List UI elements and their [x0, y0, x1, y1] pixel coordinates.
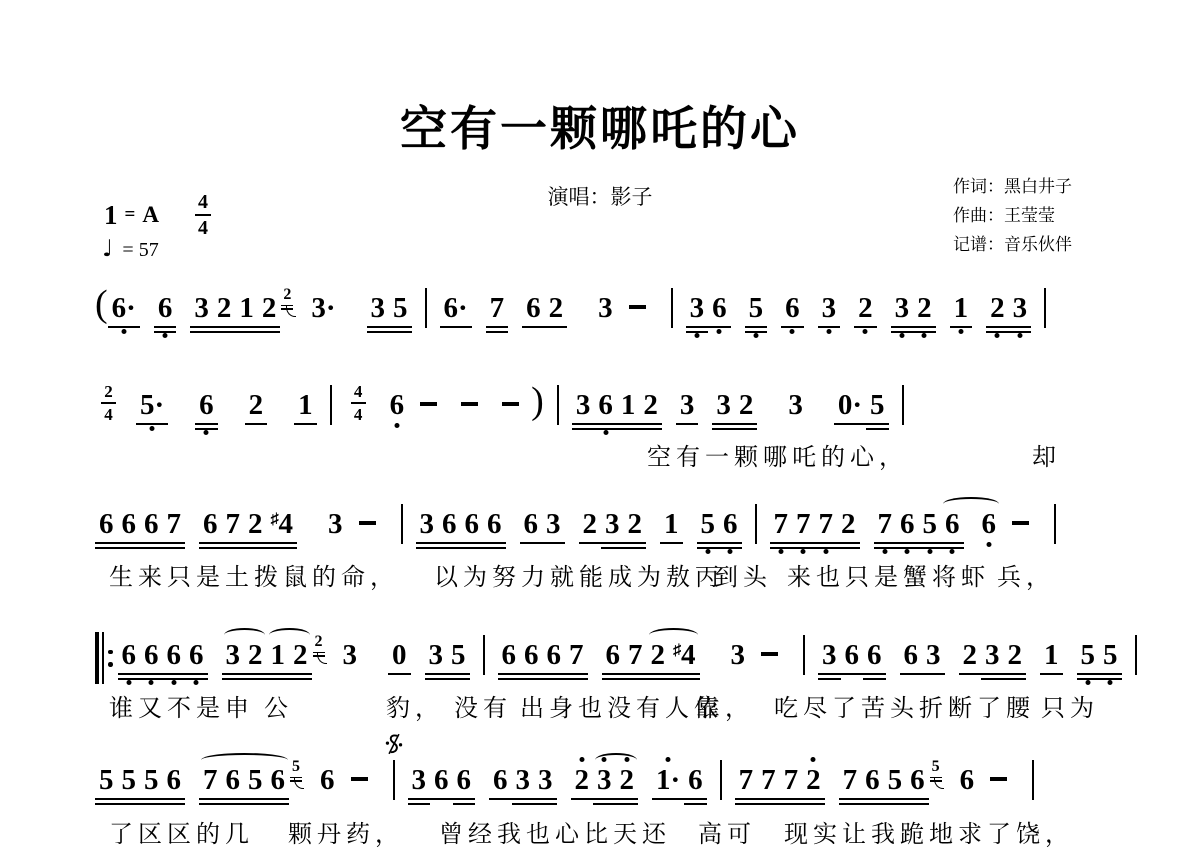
underline [163, 803, 186, 805]
underline [802, 798, 825, 800]
note-digit: 7 [796, 508, 811, 540]
underline [534, 803, 557, 805]
grace-digit: 5 [932, 758, 940, 775]
underline [108, 326, 140, 328]
note-digit: 1 [954, 292, 969, 324]
note-digit: 6 [547, 639, 562, 671]
note: 1 [617, 391, 640, 420]
underline [669, 678, 700, 680]
octave-dot [1085, 680, 1090, 685]
underline [244, 547, 267, 549]
timesig-lower: 4 [104, 406, 113, 423]
underline [389, 331, 412, 333]
lyric-segment: 公 [264, 688, 293, 723]
note: 5 [884, 766, 907, 795]
octave-dot [995, 333, 1000, 338]
underline [792, 542, 815, 544]
note: 5 [697, 510, 720, 539]
note-digit: 6 [502, 639, 517, 671]
underline [545, 326, 568, 328]
underline [267, 798, 290, 800]
phrase-paren: ) [531, 382, 544, 420]
note: 2 [639, 391, 662, 420]
underline [891, 326, 914, 328]
grace-note: 2 [281, 287, 293, 303]
underline [745, 326, 768, 328]
underline [244, 798, 267, 800]
underline [512, 798, 535, 800]
octave-dot [579, 757, 584, 762]
note: 7 [874, 510, 897, 539]
note-digit: 7 [226, 508, 241, 540]
underline [837, 547, 860, 549]
underline [163, 547, 186, 549]
octave-dot [121, 329, 126, 334]
note: 6 [602, 641, 625, 670]
note: 3 [222, 641, 245, 670]
underline [543, 673, 566, 675]
lyric-segment: 现实让我跪地求了饶， [784, 814, 1074, 849]
note-digit: 2 [628, 508, 643, 540]
lyric-segment: 谁又不是申 [109, 688, 254, 723]
barline [671, 288, 673, 328]
underline [453, 803, 476, 805]
underline [140, 542, 163, 544]
barline [1032, 760, 1034, 800]
octave-dot [728, 549, 733, 554]
underline [602, 678, 625, 680]
note: 3 [572, 391, 595, 420]
note-digit: 5 [870, 389, 885, 421]
slur-arc [595, 753, 637, 767]
underline [770, 542, 793, 544]
note: 6 [430, 766, 453, 795]
octave-dot [823, 549, 828, 554]
note-digit: 1 [621, 389, 636, 421]
time-signature: 24 [101, 383, 116, 423]
underline [669, 673, 700, 675]
underline [922, 673, 945, 675]
underline [222, 798, 245, 800]
note-digit: 6 [945, 508, 960, 540]
underline [95, 542, 118, 544]
note-digit: 6 [158, 292, 173, 324]
note: 5 [95, 766, 118, 795]
octave-dot [778, 549, 783, 554]
slur-arc [224, 628, 265, 642]
note-digit: 3 [576, 389, 591, 421]
underline [95, 547, 118, 549]
underline [199, 798, 222, 800]
note: 6 [118, 510, 141, 539]
note-digit: 5 [122, 764, 137, 796]
note: 7 [780, 766, 803, 795]
barline [902, 385, 904, 425]
note-digit: 2 [583, 508, 598, 540]
note: 3 [594, 294, 617, 323]
underline [712, 428, 735, 430]
underline [818, 326, 841, 328]
note: 7 [199, 766, 222, 795]
note-digit: 5 [1103, 639, 1118, 671]
note-digit: 7 [843, 764, 858, 796]
underline [522, 326, 545, 328]
lyric-segment: 兵， [997, 557, 1055, 592]
note-digit: 6 [444, 292, 459, 324]
note: 5 [1099, 641, 1122, 670]
underline [624, 678, 647, 680]
lyric-line: 空有一颗哪吒的心，却 [95, 437, 1175, 469]
note: 2 [245, 391, 268, 420]
underline [195, 423, 218, 425]
music-line: (6·6321223·356·762336563232123 [95, 285, 1059, 331]
underline [884, 798, 907, 800]
underline [258, 326, 281, 328]
barline [425, 288, 427, 328]
underline [572, 428, 595, 430]
underline [222, 803, 245, 805]
octave-dot [603, 430, 608, 435]
note-digit: 2 [917, 292, 932, 324]
note-digit: 2 [217, 292, 232, 324]
note: 6 [163, 766, 186, 795]
note-digit: 3 [788, 389, 803, 421]
underline [1099, 673, 1122, 675]
note: 6 [489, 766, 512, 795]
note-digit: 3 [311, 292, 326, 324]
note: 3 [367, 294, 390, 323]
duration-dash [629, 305, 646, 309]
note: 2 [289, 641, 312, 670]
underline [461, 547, 484, 549]
augmentation-dot: · [852, 389, 862, 421]
note-digit: 3 [597, 764, 612, 796]
underline [834, 423, 866, 425]
music-line: 6667672♯43366663232156777276566 [95, 501, 1069, 547]
note-digit: 1 [656, 764, 671, 796]
note: 7 [735, 766, 758, 795]
timesig-bar [101, 402, 116, 404]
underline [719, 542, 742, 544]
augmentation-dot: · [155, 389, 165, 421]
lyric-line: 了区区的几颗丹药，曾经我也心比天还高可现实让我跪地求了饶， [95, 814, 1175, 846]
note-digit: 3 [371, 292, 386, 324]
note-digit: 7 [774, 508, 789, 540]
note-digit: 0 [392, 639, 407, 671]
note: 6 [267, 766, 290, 795]
underline [884, 803, 907, 805]
lyric-segment: 生来只是土拨鼠的命， [109, 557, 399, 592]
underline [190, 331, 213, 333]
note-digit: 6 [865, 764, 880, 796]
note: 3 [818, 641, 841, 670]
underline [163, 673, 186, 675]
underline [593, 803, 616, 805]
note-digit: 6 [122, 508, 137, 540]
underline [593, 798, 616, 800]
grace-note: 2 [313, 634, 325, 650]
note-digit: 2 [806, 764, 821, 796]
rest-note: 0· [834, 391, 866, 420]
underline [136, 423, 168, 425]
note: 6 [896, 510, 919, 539]
note: 6 [520, 510, 543, 539]
time-signature: 44 [351, 383, 366, 423]
octave-dot [717, 329, 722, 334]
note: 3 [686, 294, 709, 323]
underline [543, 678, 566, 680]
octave-dot [922, 333, 927, 338]
note-digit: 5 [140, 389, 155, 421]
note: 7 [624, 641, 647, 670]
note: 3 [1009, 294, 1032, 323]
note-digit: 3 [731, 639, 746, 671]
note-digit: 6 [226, 764, 241, 796]
barline [720, 760, 722, 800]
note: 3 [190, 294, 213, 323]
note-digit: 6 [524, 508, 539, 540]
underline [601, 542, 624, 544]
octave-dot [811, 757, 816, 762]
note: 3 [408, 766, 431, 795]
note: 2 [244, 510, 267, 539]
note-digit: 2 [651, 639, 666, 671]
underline [520, 673, 543, 675]
octave-dot [927, 549, 932, 554]
note: 3 [593, 766, 616, 795]
underline [676, 423, 699, 425]
note-digit: 6 [910, 764, 925, 796]
octave-dot [194, 680, 199, 685]
note-digit: 5 [1081, 639, 1096, 671]
underline [118, 673, 141, 675]
underline [815, 542, 838, 544]
underline [602, 673, 625, 675]
note-digit: 2 [643, 389, 658, 421]
underline [294, 423, 317, 425]
note: 7 [770, 510, 793, 539]
underline [617, 428, 640, 430]
lyric-segment: 吃尽了苦头折断了腰 [774, 688, 1035, 723]
underline [906, 798, 929, 800]
note: 6 [498, 641, 521, 670]
note: 3 [784, 391, 807, 420]
underline [447, 673, 470, 675]
note: 3 [512, 766, 535, 795]
note-digit: 3 [690, 292, 705, 324]
duration-dash [420, 402, 437, 406]
augmentation-dot: · [671, 764, 681, 796]
barline [393, 760, 395, 800]
underline [565, 678, 588, 680]
underline [617, 423, 640, 425]
note-digit: 6 [434, 764, 449, 796]
note: 5 [745, 294, 768, 323]
note-digit: 6 [167, 764, 182, 796]
underline [163, 542, 186, 544]
underline [639, 423, 662, 425]
note-digit: 2 [248, 639, 263, 671]
underline [565, 673, 588, 675]
note-digit: 3 [412, 764, 427, 796]
underline [624, 673, 647, 675]
underline [213, 326, 236, 328]
lyric-segment: 空有一颗哪吒的心， [647, 437, 908, 472]
note: 1 [1040, 641, 1063, 670]
note-digit: 3 [538, 764, 553, 796]
note-digit: 5 [701, 508, 716, 540]
note: 6 [195, 391, 218, 420]
octave-dot [150, 426, 155, 431]
note-digit: 6 [904, 639, 919, 671]
underline [616, 803, 639, 805]
octave-dot [694, 333, 699, 338]
lyric-segment: 出身也没有人依 [520, 688, 723, 723]
note: 6· [440, 294, 472, 323]
note-digit: 6 [526, 292, 541, 324]
underline [222, 678, 245, 680]
note-digit: 6 [688, 764, 703, 796]
note-digit: 2 [990, 292, 1005, 324]
note: 6 [900, 641, 923, 670]
underline [818, 673, 841, 675]
underline [697, 542, 720, 544]
underline [118, 547, 141, 549]
sharp-icon: ♯ [673, 643, 681, 659]
note-digit: 5 [451, 639, 466, 671]
note: 2 [959, 641, 982, 670]
note-digit: 3 [226, 639, 241, 671]
underline [213, 331, 236, 333]
underline [1004, 673, 1027, 675]
underline [874, 542, 897, 544]
note-digit: 3 [605, 508, 620, 540]
duration-dash [990, 777, 1007, 781]
underline [520, 678, 543, 680]
note: 6 [941, 510, 964, 539]
barline [755, 504, 757, 544]
note: 2 [837, 510, 860, 539]
underline [199, 547, 222, 549]
underline [483, 542, 506, 544]
note-digit: 6 [712, 292, 727, 324]
note-digit: 1 [1044, 639, 1059, 671]
underline [802, 803, 825, 805]
underline [601, 547, 624, 549]
note-digit: 3 [716, 389, 731, 421]
underline [735, 803, 758, 805]
underline [981, 678, 1004, 680]
note: 6 [978, 510, 1001, 539]
note: 1 [950, 294, 973, 323]
note: 6 [522, 294, 545, 323]
note-digit: 6 [390, 389, 405, 421]
underline [866, 423, 889, 425]
note: 5 [389, 294, 412, 323]
barline [483, 635, 485, 675]
note: ♯4 [669, 641, 700, 670]
note: 3 [818, 294, 841, 323]
timesig-upper: 4 [354, 383, 363, 400]
underline [579, 542, 602, 544]
grace-slur-hook [934, 778, 944, 789]
grace-digit: 2 [315, 633, 323, 650]
underline [486, 331, 509, 333]
note-digit: 2 [262, 292, 277, 324]
underline [244, 673, 267, 675]
underline [199, 803, 222, 805]
underline [906, 803, 929, 805]
note: 6 [719, 510, 742, 539]
lyric-segment: 豹， [386, 688, 444, 723]
note-digit: 3 [429, 639, 444, 671]
underline [258, 331, 281, 333]
underline [512, 803, 535, 805]
note: 6· [108, 294, 140, 323]
note: 3· [307, 294, 339, 323]
note-digit: 2 [858, 292, 873, 324]
note-digit: 2 [739, 389, 754, 421]
note-digit: 3 [598, 292, 613, 324]
note: 2 [571, 766, 594, 795]
octave-dot [753, 333, 758, 338]
note: 3 [601, 510, 624, 539]
barline [557, 385, 559, 425]
underline [684, 803, 707, 805]
note: 6 [520, 641, 543, 670]
music-line: 55567656563666332321·67772765656 [95, 757, 1047, 803]
underline [520, 542, 543, 544]
underline [222, 542, 245, 544]
note-digit: 5 [749, 292, 764, 324]
note: 2 [258, 294, 281, 323]
note: 1 [235, 294, 258, 323]
note: 5 [244, 766, 267, 795]
underline [647, 678, 670, 680]
duration-dash [761, 652, 778, 656]
note-digit: 6 [203, 508, 218, 540]
note-digit: 7 [569, 639, 584, 671]
underline [594, 423, 617, 425]
octave-dot [163, 333, 168, 338]
barline [1044, 288, 1046, 328]
underline [647, 673, 670, 675]
note: 6 [438, 510, 461, 539]
note: 5 [118, 766, 141, 795]
underline [367, 331, 390, 333]
lyric-segment: 靠， [696, 688, 754, 723]
underline [163, 798, 186, 800]
octave-dot [149, 680, 154, 685]
lyric-segment: 却 [1032, 437, 1061, 472]
note-digit: 3 [895, 292, 910, 324]
note-digit: 2 [249, 389, 264, 421]
note-digit: 2 [620, 764, 635, 796]
note: 5 [866, 391, 889, 420]
augmentation-dot: · [126, 292, 136, 324]
note: 5 [140, 766, 163, 795]
octave-dot [1017, 333, 1022, 338]
note: 3 [981, 641, 1004, 670]
note: 7 [565, 641, 588, 670]
note: ♯4 [267, 510, 298, 539]
note: 5 [919, 510, 942, 539]
note-digit: 6 [99, 508, 114, 540]
note: 7 [222, 510, 245, 539]
octave-dot [705, 549, 710, 554]
note: 3 [324, 510, 347, 539]
note: 2 [802, 766, 825, 795]
